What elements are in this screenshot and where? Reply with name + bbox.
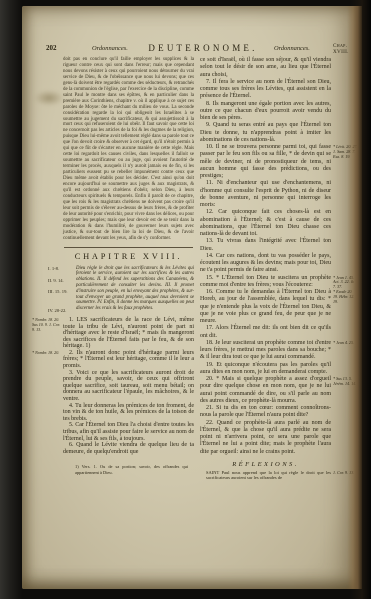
verse-paragraph: 15. * L'Éternel ton Dieu te suscitera un… (200, 275, 331, 290)
footnote: 1) Vers. 1. Ou de sa portion; savoir, de… (63, 464, 194, 475)
verse-paragraph: 9. Quand tu seras entré au pays que l'Ét… (200, 122, 331, 144)
verse-paragraph: 7. Il fera le service au nom de l'Éterne… (200, 79, 331, 101)
verse-paragraph: 17. Alors l'Éternel me dit: ils ont bien… (200, 325, 331, 340)
verse-paragraph: 4. Tu leur donneras les prémices de ton … (63, 403, 194, 423)
verse-continuation-paragraph: ce soit d'Israël, où il fasse son séjour… (200, 57, 331, 79)
running-head-right: Ordonnances. (274, 45, 310, 52)
reflexions-paragraph: SAINT Paul nous apprend que la loi qui r… (206, 470, 331, 481)
margin-reference: * Nombr. 18. 20. (32, 351, 60, 356)
verse-paragraph: 6. Quand le Lévite viendra de quelque li… (63, 442, 194, 455)
verse-paragraph: 10. Il ne se trouvera personne parmi toi… (200, 144, 331, 180)
page-content: 202 Ordonnances. DEUTERONOME. Ordonnance… (22, 6, 362, 589)
book-page-scan: 202 Ordonnances. DEUTERONOME. Ordonnance… (0, 0, 371, 599)
summary-section-ref: II. 9. 14. (48, 278, 74, 284)
verse-paragraph: 12. Car quiconque fait ces choses-là est… (200, 209, 331, 238)
reflexions-text: SAINT Paul nous apprend que la loi qui r… (206, 470, 331, 480)
chapter-summary-text: Dieu règle le droit que les sacrificateu… (76, 266, 194, 312)
summary-section-ref: I. 1-8. (48, 266, 74, 272)
verse-paragraph: 20. * Mais si quelque prophète a assez d… (200, 376, 331, 405)
page-paper: 202 Ordonnances. DEUTERONOME. Ordonnance… (22, 6, 362, 589)
reflexions-continuation-paragraph: doit pas en conclure qu'il faille employ… (63, 57, 194, 242)
margin-reference: * Nombr. 18. 20. Sus 10. 9. 1. Cor. 9. 1… (32, 318, 60, 333)
left-verses-block: 1. LES sacrificateurs de la race de Lévi… (63, 317, 194, 455)
verse-paragraph: 16. Comme tu le demandas à l'Éternel ton… (200, 289, 331, 325)
book-title: DEUTERONOME. (142, 43, 264, 53)
verse-paragraph: 5. Car l'Éternel ton Dieu l'a choisi d'e… (63, 422, 194, 442)
verse-paragraph: 18. Je leur susciterai un prophète comme… (200, 340, 331, 362)
chapter-summary: Dieu règle le droit que les sacrificateu… (76, 266, 194, 312)
right-verses-block: 7. Il fera le service au nom de l'Éterne… (200, 79, 331, 456)
reflexions-heading: RÉFLEXIONS. (200, 461, 331, 468)
verse-paragraph: 22. Quand ce prophète-là aura parlé au n… (200, 420, 331, 456)
summary-section-ref: IV. 20-22. (48, 308, 74, 314)
chapter-margin-line1: Chap. (333, 43, 347, 49)
right-column: ce soit d'Israël, où il fasse son séjour… (200, 57, 331, 481)
page-edge-gutter (347, 6, 362, 589)
verse-paragraph: 14. Car ces nations, dont tu vas posséde… (200, 253, 331, 275)
verse-paragraph: 19. Et quiconque n'écoutera pas les paro… (200, 362, 331, 377)
verse-paragraph: 8. Ils mangeront une égale portion avec … (200, 101, 331, 123)
verse-paragraph: 11. Ni d'enchanteur qui use d'enchanteme… (200, 180, 331, 209)
left-column: doit pas en conclure qu'il faille employ… (63, 57, 194, 479)
section-divider-rule (64, 247, 193, 248)
verse-paragraph: 1. LES sacrificateurs de la race de Lévi… (63, 317, 194, 350)
verse-paragraph: 3. Voici ce que les sacrificateurs auron… (63, 370, 194, 403)
page-number: 202 (46, 44, 57, 52)
verse-paragraph: 13. Tu vivras dans l'intégrité avec l'Ét… (200, 238, 331, 253)
chapter-heading: CHAPITRE XVIII. (63, 252, 194, 261)
verse-paragraph: 21. Si tu dis en ton cœur: comment conno… (200, 405, 331, 420)
running-head-left: Ordonnances. (92, 45, 128, 52)
verse-paragraph: 2. Ils n'auront donc point d'héritage pa… (63, 350, 194, 370)
summary-section-ref: III. 15. 19. (48, 289, 74, 295)
